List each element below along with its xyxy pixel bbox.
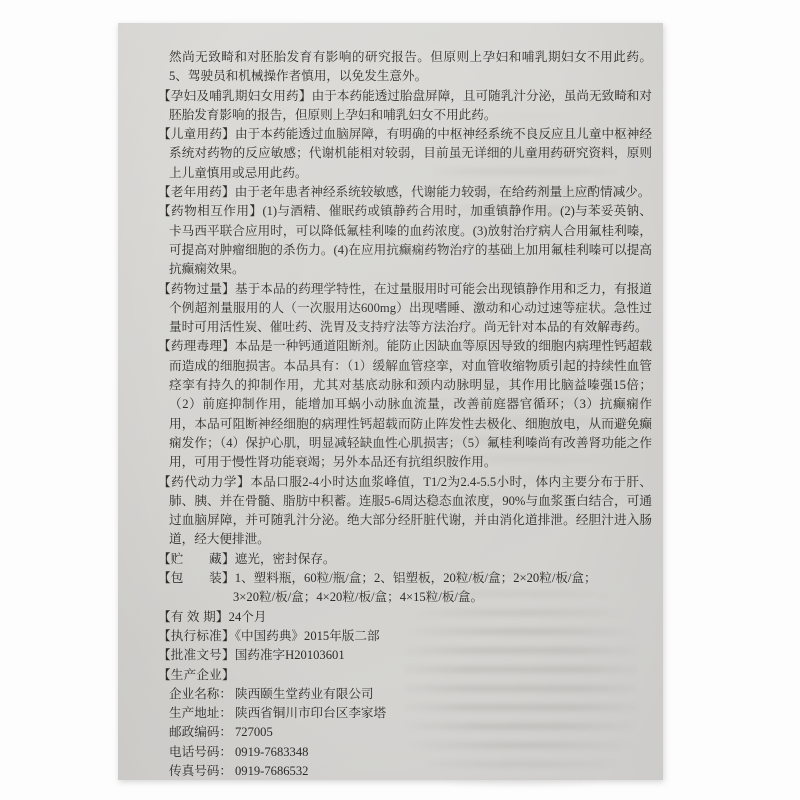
package-insert-paper: 然尚无致畸和对胚胎发育有影响的研究报告。但原则上孕妇和哺乳期妇女不用此药。5、驾… xyxy=(118,23,663,780)
phone-number-row: 电话号码：0919-7683348 xyxy=(158,743,652,762)
field-label: 传真号码： xyxy=(169,764,232,778)
section-label: 【儿童用药】 xyxy=(158,127,235,141)
section-text: 由于老年患者神经系统较敏感，代谢能力较弱，在给药剂量上应酌情减少。 xyxy=(235,185,651,199)
section-text: 《中国药典》2015年版二部 xyxy=(235,629,380,643)
section-drug-interactions: 【药物相互作用】(1)与酒精、催眠药或镇静药合用时，加重镇静作用。(2)与苯妥英… xyxy=(158,202,652,279)
section-label: 【有 效 期】 xyxy=(158,610,229,624)
insert-text-block: 然尚无致畸和对胚胎发育有影响的研究报告。但原则上孕妇和哺乳期妇女不用此药。5、驾… xyxy=(158,48,652,781)
section-text: 24个月 xyxy=(229,610,267,624)
section-overdose: 【药物过量】基于本品的药理学特性，在过量服用时可能会出现镇静作用和乏力，有报道个… xyxy=(158,280,652,338)
section-label: 【批准文号】 xyxy=(158,648,235,662)
section-label: 【包 装】 xyxy=(158,571,235,585)
section-label: 【孕妇及哺乳期妇女用药】 xyxy=(158,89,312,103)
photo-background: 然尚无致畸和对胚胎发育有影响的研究报告。但原则上孕妇和哺乳期妇女不用此药。5、驾… xyxy=(0,0,800,800)
section-text: 本品是一种钙通道阻断剂。能防止因缺血等原因导致的细胞内病理性钙超载而造成的细胞损… xyxy=(169,339,652,469)
section-label: 【生产企业】 xyxy=(158,668,235,682)
section-approval-number: 【批准文号】国药准字H20103601 xyxy=(158,646,652,665)
section-text: 国药准字H20103601 xyxy=(235,648,345,662)
section-executive-standard: 【执行标准】《中国药典》2015年版二部 xyxy=(158,627,652,646)
section-label: 【药理毒理】 xyxy=(158,339,235,353)
fax-number-row: 传真号码：0919-7686532 xyxy=(158,762,652,781)
section-storage: 【贮 藏】遮光，密封保存。 xyxy=(158,550,652,569)
field-value: 陕西颐生堂药业有限公司 xyxy=(235,687,374,701)
section-text: 然尚无致畸和对胚胎发育有影响的研究报告。但原则上孕妇和哺乳期妇女不用此药。5、驾… xyxy=(169,50,652,83)
section-text: 1、塑料瓶，60粒/瓶/盒；2、铝塑板，20粒/板/盒；2×20粒/板/盒； xyxy=(235,571,597,585)
field-value: 0919-7686532 xyxy=(235,764,308,778)
field-label: 企业名称： xyxy=(169,687,232,701)
section-label: 【老年用药】 xyxy=(158,185,235,199)
section-pharmacology-toxicology: 【药理毒理】本品是一种钙通道阻断剂。能防止因缺血等原因导致的细胞内病理性钙超载而… xyxy=(158,337,652,472)
section-text: 基于本品的药理学特性，在过量服用时可能会出现镇静作用和乏力，有报道个例超剂量服用… xyxy=(169,282,652,335)
field-label: 生产地址： xyxy=(169,706,232,720)
field-label: 邮政编码： xyxy=(169,725,232,739)
section-geriatric-use: 【老年用药】由于老年患者神经系统较敏感，代谢能力较弱，在给药剂量上应酌情减少。 xyxy=(158,183,652,202)
field-value: 727005 xyxy=(235,725,273,739)
section-packaging: 【包 装】1、塑料瓶，60粒/瓶/盒；2、铝塑板，20粒/板/盒；2×20粒/板… xyxy=(158,569,652,608)
section-label: 【药代动力学】 xyxy=(158,475,250,489)
section-manufacturer-heading: 【生产企业】 xyxy=(158,666,652,685)
section-label: 【药物过量】 xyxy=(158,282,235,296)
field-value: 0919-7683348 xyxy=(235,745,308,759)
section-label: 【贮 藏】 xyxy=(158,552,235,566)
packaging-line-2: 3×20粒/板/盒；4×20粒/板/盒；4×15粒/板/盒。 xyxy=(169,588,652,607)
postal-code-row: 邮政编码：727005 xyxy=(158,723,652,742)
section-continuation-text: 然尚无致畸和对胚胎发育有影响的研究报告。但原则上孕妇和哺乳期妇女不用此药。5、驾… xyxy=(158,48,652,87)
section-label: 【执行标准】 xyxy=(158,629,235,643)
section-label: 【药物相互作用】 xyxy=(158,204,262,218)
field-label: 电话号码： xyxy=(169,745,232,759)
field-value: 陕西省铜川市印台区李家塔 xyxy=(235,706,386,720)
section-pregnancy-lactation: 【孕妇及哺乳期妇女用药】由于本药能透过胎盘屏障，且可随乳汁分泌，虽尚无致畸和对胚… xyxy=(158,87,652,126)
section-pediatric-use: 【儿童用药】由于本药能透过血脑屏障，有明确的中枢神经系统不良反应且儿童中枢神经系… xyxy=(158,125,652,183)
manufacturer-address-row: 生产地址：陕西省铜川市印台区李家塔 xyxy=(158,704,652,723)
section-shelf-life: 【有 效 期】24个月 xyxy=(158,608,652,627)
section-text: 遮光，密封保存。 xyxy=(235,552,336,566)
manufacturer-name-row: 企业名称：陕西颐生堂药业有限公司 xyxy=(158,685,652,704)
section-text: 由于本药能透过血脑屏障，有明确的中枢神经系统不良反应且儿童中枢神经系统对药物的反… xyxy=(169,127,652,180)
section-pharmacokinetics: 【药代动力学】本品口服2-4小时达血浆峰值，T1/2为2.4-5.5小时，体内主… xyxy=(158,473,652,550)
